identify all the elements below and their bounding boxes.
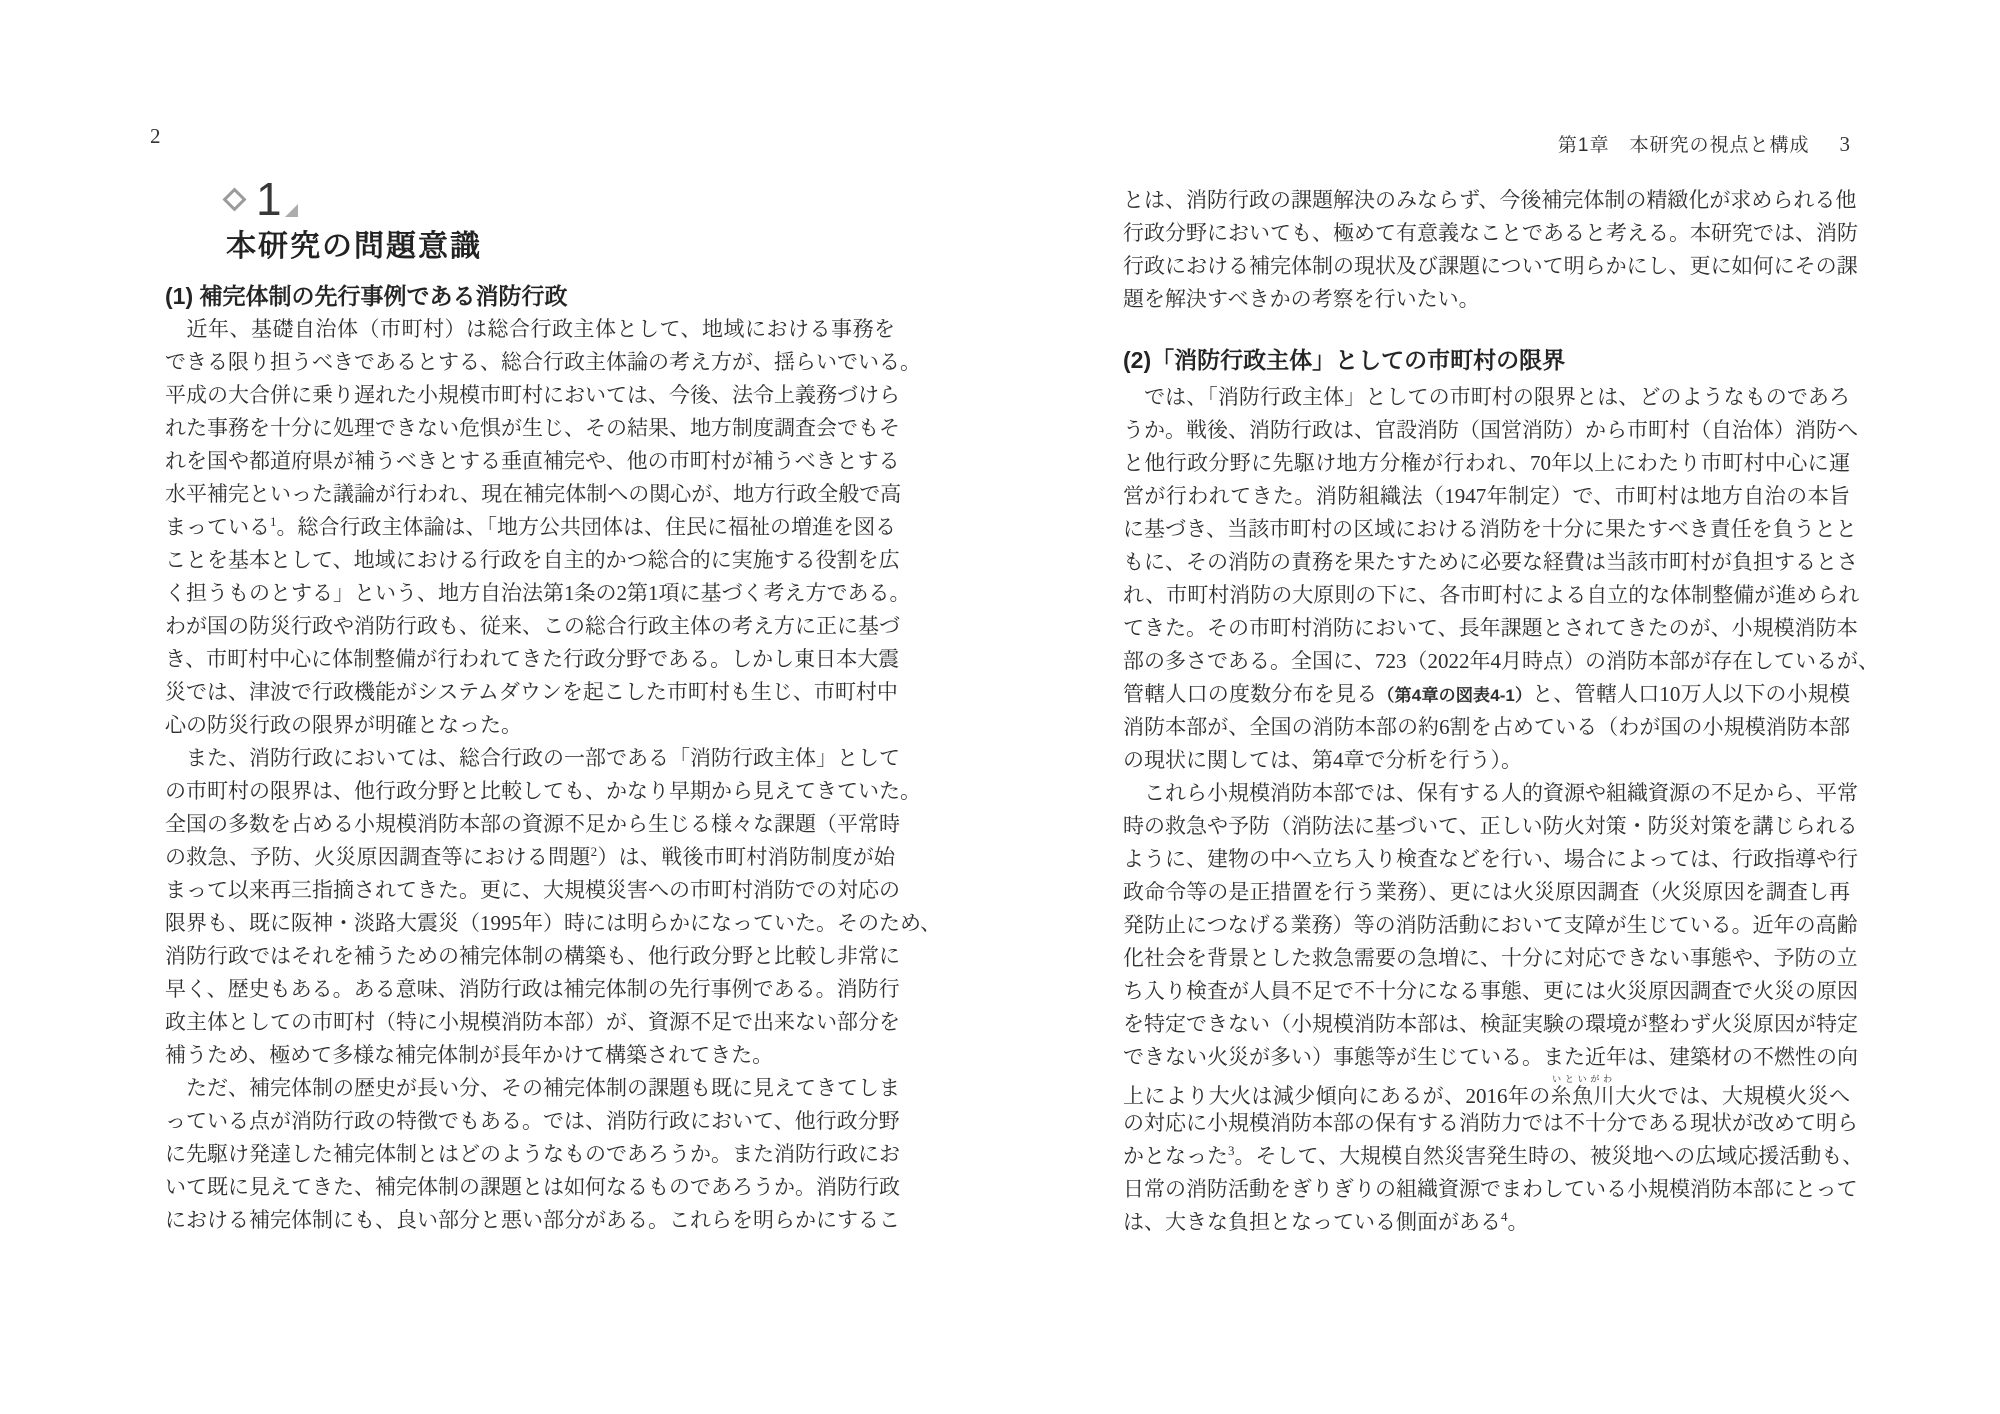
text-line: できる限り担うべきであるとする、総合行政主体論の考え方が、揺らいでいる。 bbox=[165, 346, 895, 379]
text-line: 行政分野においても、極めて有意義なことであると考える。本研究では、消防 bbox=[1123, 217, 1850, 250]
text-line: 営が行われてきた。消防組織法（1947年制定）で、市町村は地方自治の本旨 bbox=[1123, 480, 1850, 513]
text-line: まって以来再三指摘されてきた。更に、大規模災害への市町村消防での対応の bbox=[165, 874, 895, 907]
ruby-annotated-text: 糸魚川いといがわ bbox=[1551, 1084, 1615, 1108]
section-title: 本研究の問題意識 bbox=[226, 221, 482, 265]
text-line: 限界も、既に阪神・淡路大震災（1995年）時には明らかになっていた。そのため、 bbox=[165, 907, 895, 940]
footnote-marker: 2 bbox=[591, 844, 598, 859]
text-line: 水平補完といった議論が行われ、現在補完体制への関心が、地方行政全般で高 bbox=[165, 478, 895, 511]
text-line: てきた。その市町村消防において、長年課題とされてきたのが、小規模消防本 bbox=[1123, 612, 1850, 645]
figure-reference: （第4章の図表4-1） bbox=[1377, 686, 1532, 705]
text-line: の対応に小規模消防本部の保有する消防力では不十分である現状が改めて明ら bbox=[1123, 1107, 1850, 1140]
text-line: れた事務を十分に処理できない危惧が生じ、その結果、地方制度調査会でもそ bbox=[165, 412, 895, 445]
text-line: 平成の大合併に乗り遅れた小規模市町村においては、今後、法令上義務づけら bbox=[165, 379, 895, 412]
text-line: に先駆け発達した補完体制とはどのようなものであろうか。また消防行政にお bbox=[165, 1138, 895, 1171]
text-line: 日常の消防活動をぎりぎりの組織資源でまわしている小規模消防本部にとって bbox=[1123, 1173, 1850, 1206]
text-line: 管轄人口の度数分布を見る（第4章の図表4-1）と、管轄人口10万人以下の小規模 bbox=[1123, 678, 1850, 711]
text-line: 化社会を背景とした救急需要の急増に、十分に対応できない事態や、予防の立 bbox=[1123, 942, 1850, 975]
footnote-marker: 1 bbox=[270, 514, 277, 529]
text-line: また、消防行政においては、総合行政の一部である「消防行政主体」として bbox=[165, 742, 895, 775]
text-line: く担うものとする」という、地方自治法第1条の2第1項に基づく考え方である。 bbox=[165, 577, 895, 610]
text-line: き、市町村中心に体制整備が行われてきた行政分野である。しかし東日本大震 bbox=[165, 643, 895, 676]
text-line: 政命令等の是正措置を行う業務）、更には火災原因調査（火災原因を調査し再 bbox=[1123, 876, 1850, 909]
text-line: 消防本部が、全国の消防本部の約6割を占めている（わが国の小規模消防本部 bbox=[1123, 711, 1850, 744]
text-line: の市町村の限界は、他行政分野と比較しても、かなり早期から見えてきていた。 bbox=[165, 775, 895, 808]
text-line: 部の多さである。全国に、723（2022年4月時点）の消防本部が存在しているが、 bbox=[1123, 645, 1850, 678]
text-line: 心の防災行政の限界が明確となった。 bbox=[165, 709, 895, 742]
paragraph: では、「消防行政主体」としての市町村の限界とは、どのようなものであろうか。戦後、… bbox=[1123, 381, 1850, 777]
text-line: 行政における補完体制の現状及び課題について明らかにし、更に如何にその課 bbox=[1123, 250, 1850, 283]
right-page-body: とは、消防行政の課題解決のみならず、今後補完体制の精緻化が求められる他行政分野に… bbox=[1123, 184, 1850, 1239]
text-line: 発防止につなげる業務）等の消防活動において支障が生じている。近年の高齢 bbox=[1123, 909, 1850, 942]
text-line: に基づき、当該市町村の区域における消防を十分に果たすべき責任を負うとと bbox=[1123, 513, 1850, 546]
triangle-icon bbox=[285, 204, 298, 217]
text-line: 早く、歴史もある。ある意味、消防行政は補完体制の先行事例である。消防行 bbox=[165, 973, 895, 1006]
text-line: 補うため、極めて多様な補完体制が長年かけて構築されてきた。 bbox=[165, 1039, 895, 1072]
text-line: 政主体としての市町村（特に小規模消防本部）が、資源不足で出来ない部分を bbox=[165, 1006, 895, 1039]
section-number: 1 bbox=[256, 176, 282, 222]
text-line: もに、その消防の責務を果たすために必要な経費は当該市町村が負担するとさ bbox=[1123, 546, 1850, 579]
text-line: っている点が消防行政の特徴でもある。では、消防行政において、他行政分野 bbox=[165, 1105, 895, 1138]
text-line: わが国の防災行政や消防行政も、従来、この総合行政主体の考え方に正に基づ bbox=[165, 610, 895, 643]
text-line: 題を解決すべきかの考察を行いたい。 bbox=[1123, 283, 1850, 316]
footnote-marker: 4 bbox=[1501, 1209, 1508, 1224]
text-line: かとなった3。そして、大規模自然災害発生時の、被災地への広域応援活動も、 bbox=[1123, 1140, 1850, 1173]
text-line: 災では、津波で行政機能がシステムダウンを起こした市町村も生じ、市町村中 bbox=[165, 676, 895, 709]
page-number-right: 3 bbox=[1840, 132, 1851, 156]
text-line: の現状に関しては、第4章で分析を行う）。 bbox=[1123, 744, 1850, 777]
text-line: は、大きな負担となっている側面がある4。 bbox=[1123, 1206, 1850, 1239]
text-line: まっている1。総合行政主体論は、「地方公共団体は、住民に福祉の増進を図る bbox=[165, 511, 895, 544]
diamond-icon bbox=[222, 187, 246, 211]
page-number-left: 2 bbox=[150, 124, 161, 148]
text-line: れ、市町村消防の大原則の下に、各市町村による自立的な体制整備が進められ bbox=[1123, 579, 1850, 612]
text-line: 上により大火は減少傾向にあるが、2016年の糸魚川いといがわ大火では、大規模火災… bbox=[1123, 1074, 1850, 1107]
text-line: ことを基本として、地域における行政を自主的かつ総合的に実施する役割を広 bbox=[165, 544, 895, 577]
text-line: 時の救急や予防（消防法に基づいて、正しい防火対策・防災対策を講じられる bbox=[1123, 810, 1850, 843]
text-line: では、「消防行政主体」としての市町村の限界とは、どのようなものであろ bbox=[1123, 381, 1850, 414]
section-number-block: 1 bbox=[226, 176, 298, 222]
paragraph: また、消防行政においては、総合行政の一部である「消防行政主体」としての市町村の限… bbox=[165, 742, 895, 1072]
text-line: 消防行政ではそれを補うための補完体制の構築も、他行政分野と比較し非常に bbox=[165, 940, 895, 973]
text-line: 近年、基礎自治体（市町村）は総合行政主体として、地域における事務を bbox=[165, 313, 895, 346]
text-line: 全国の多数を占める小規模消防本部の資源不足から生じる様々な課題（平常時 bbox=[165, 808, 895, 841]
text-line: ように、建物の中へ立ち入り検査などを行い、場合によっては、行政指導や行 bbox=[1123, 843, 1850, 876]
text-line: を特定できない（小規模消防本部は、検証実験の環境が整わず火災原因が特定 bbox=[1123, 1008, 1850, 1041]
text-line: れを国や都道府県が補うべきとする垂直補完や、他の市町村が補うべきとする bbox=[165, 445, 895, 478]
left-page-body: (1) 補完体制の先行事例である消防行政 近年、基礎自治体（市町村）は総合行政主… bbox=[165, 280, 895, 1237]
paragraph: 近年、基礎自治体（市町村）は総合行政主体として、地域における事務をできる限り担う… bbox=[165, 313, 895, 742]
subsection-heading: (1) 補完体制の先行事例である消防行政 bbox=[165, 280, 895, 313]
book-spread: 2 1 本研究の問題意識 (1) 補完体制の先行事例である消防行政 近年、基礎自… bbox=[0, 0, 2000, 1414]
text-line: の救急、予防、火災原因調査等における問題2）は、戦後市町村消防制度が始 bbox=[165, 841, 895, 874]
text-line: ただ、補完体制の歴史が長い分、その補完体制の課題も既に見えてきてしま bbox=[165, 1072, 895, 1105]
text-line: とは、消防行政の課題解決のみならず、今後補完体制の精緻化が求められる他 bbox=[1123, 184, 1850, 217]
text-line: ち入り検査が人員不足で不十分になる事態、更には火災原因調査で火災の原因 bbox=[1123, 975, 1850, 1008]
paragraph: これら小規模消防本部では、保有する人的資源や組織資源の不足から、平常時の救急や予… bbox=[1123, 777, 1850, 1239]
running-header: 第1章 本研究の視点と構成 bbox=[1558, 130, 1810, 157]
paragraph: とは、消防行政の課題解決のみならず、今後補完体制の精緻化が求められる他行政分野に… bbox=[1123, 184, 1850, 316]
paragraph: ただ、補完体制の歴史が長い分、その補完体制の課題も既に見えてきてしまっている点が… bbox=[165, 1072, 895, 1237]
text-line: これら小規模消防本部では、保有する人的資源や組織資源の不足から、平常 bbox=[1123, 777, 1850, 810]
text-line: できない火災が多い）事態等が生じている。また近年は、建築材の不燃性の向 bbox=[1123, 1041, 1850, 1074]
footnote-marker: 3 bbox=[1228, 1143, 1235, 1158]
text-line: と他行政分野に先駆け地方分権が行われ、70年以上にわたり市町村中心に運 bbox=[1123, 447, 1850, 480]
subsection-heading: (2)「消防行政主体」としての市町村の限界 bbox=[1123, 344, 1850, 377]
text-line: における補完体制にも、良い部分と悪い部分がある。これらを明らかにするこ bbox=[165, 1204, 895, 1237]
text-line: いて既に見えてきた、補完体制の課題とは如何なるものであろうか。消防行政 bbox=[165, 1171, 895, 1204]
text-line: うか。戦後、消防行政は、官設消防（国営消防）から市町村（自治体）消防へ bbox=[1123, 414, 1850, 447]
running-header-row: 第1章 本研究の視点と構成 3 bbox=[1123, 130, 1850, 157]
